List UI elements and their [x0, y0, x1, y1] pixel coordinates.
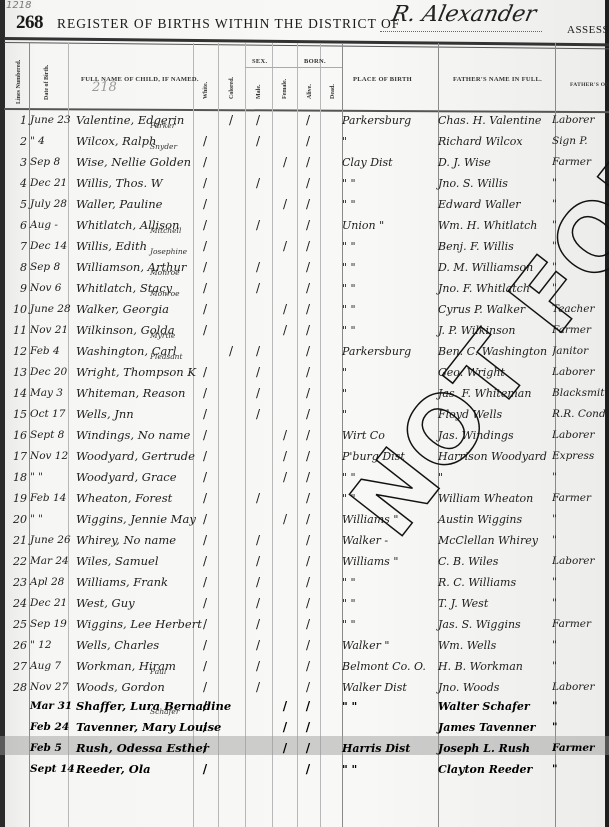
register-row: 7Dec 14Willis, EdithJosephine///" "Benj.…	[0, 236, 609, 257]
register-page: 1218 268 REGISTER OF BIRTHS WITHIN THE D…	[0, 0, 609, 827]
colored-tally-mark	[225, 656, 237, 677]
child-name: Whiteman, Reason	[76, 383, 192, 404]
dead-tally-mark	[325, 257, 337, 278]
white-tally-mark: /	[199, 383, 211, 404]
white-tally-mark: /	[199, 425, 211, 446]
male-tally-mark	[252, 696, 264, 717]
fathers-name: Cyrus P. Walker	[438, 299, 550, 320]
dead-tally-mark	[325, 404, 337, 425]
female-tally-mark	[279, 110, 291, 131]
line-number: 21	[13, 530, 27, 551]
place-of-birth: " "	[342, 759, 436, 780]
white-tally-mark: /	[199, 404, 211, 425]
fathers-name: C. B. Wiles	[438, 551, 550, 572]
register-row: 17Nov 12Woodyard, Gertrude///P'burg Dist…	[0, 446, 609, 467]
dead-tally-mark	[325, 110, 337, 131]
birth-date: Dec 21	[30, 173, 74, 194]
line-number: 27	[13, 656, 27, 677]
child-name-annotation: Schafer	[150, 707, 179, 716]
dead-tally-mark	[325, 425, 337, 446]
place-of-birth: "	[342, 404, 436, 425]
colored-tally-mark	[225, 488, 237, 509]
fathers-name: Joseph L. Rush	[438, 738, 550, 759]
birth-date: Feb 14	[30, 488, 74, 509]
colored-tally-mark	[225, 696, 237, 717]
line-number: 1	[13, 110, 27, 131]
birth-date: " "	[30, 467, 74, 488]
fathers-name: T. J. West	[438, 593, 550, 614]
male-tally-mark: /	[252, 215, 264, 236]
female-tally-mark	[279, 593, 291, 614]
female-tally-mark: /	[279, 320, 291, 341]
fathers-occupation: Blacksmith	[552, 383, 608, 404]
fathers-occupation: "	[552, 656, 608, 677]
fathers-occupation: "	[552, 572, 608, 593]
place-of-birth: "	[342, 383, 436, 404]
colored-tally-mark	[225, 320, 237, 341]
register-row: 19Feb 14Wheaton, Forest///" "William Whe…	[0, 488, 609, 509]
place-of-birth: " "	[342, 236, 436, 257]
child-name-annotation: Snyder	[150, 142, 177, 151]
child-name-annotation: Pleasant	[150, 352, 183, 361]
fathers-occupation: Laborer	[552, 362, 608, 383]
alive-tally-mark: /	[302, 530, 314, 551]
dead-tally-mark	[325, 488, 337, 509]
colored-tally-mark	[225, 509, 237, 530]
female-tally-mark	[279, 257, 291, 278]
child-name: Wise, Nellie Golden	[76, 152, 192, 173]
line-number: 12	[13, 341, 27, 362]
alive-tally-mark: /	[302, 572, 314, 593]
male-tally-mark: /	[252, 656, 264, 677]
alive-tally-mark: /	[302, 677, 314, 698]
register-row: 1June 23Valentine, EdgerinParker///Parke…	[0, 110, 609, 131]
fathers-name: Wm. H. Whitlatch	[438, 215, 550, 236]
colored-tally-mark	[225, 383, 237, 404]
dead-tally-mark	[325, 362, 337, 383]
line-number: 26	[13, 635, 27, 656]
place-of-birth: " "	[342, 467, 436, 488]
female-tally-mark: /	[279, 425, 291, 446]
alive-tally-mark: /	[302, 173, 314, 194]
register-row: 12Feb 4Washington, CarlPleasant///Parker…	[0, 341, 609, 362]
fathers-name: Wm. Wells	[438, 635, 550, 656]
place-of-birth: Williams "	[342, 509, 436, 530]
fathers-occupation: Laborer	[552, 425, 608, 446]
child-name: Workman, Hiram	[76, 656, 192, 677]
alive-tally-mark: /	[302, 614, 314, 635]
fathers-name: D. J. Wise	[438, 152, 550, 173]
register-row: 16Sept 8Windings, No name///Wirt CoJas. …	[0, 425, 609, 446]
fathers-occupation: Laborer	[552, 677, 608, 698]
birth-date: Feb 24	[30, 717, 74, 738]
place-of-birth: " "	[342, 173, 436, 194]
white-tally-mark: /	[199, 320, 211, 341]
female-tally-mark: /	[279, 194, 291, 215]
line-number	[13, 738, 27, 759]
dead-tally-mark	[325, 341, 337, 362]
fathers-occupation: Express	[552, 446, 608, 467]
fathers-name: Geo. Wright	[438, 362, 550, 383]
fathers-name: Jno. Woods	[438, 677, 550, 698]
birth-date: June 28	[30, 299, 74, 320]
dead-tally-mark	[325, 635, 337, 656]
fathers-occupation: Laborer	[552, 551, 608, 572]
male-tally-mark	[252, 509, 264, 530]
white-tally-mark: /	[199, 215, 211, 236]
birth-date: Dec 21	[30, 593, 74, 614]
child-name: Wheaton, Forest	[76, 488, 192, 509]
fathers-name: James Tavenner	[438, 717, 550, 738]
birth-date: Feb 5	[30, 738, 74, 759]
child-name: Tavenner, Mary Louise	[76, 717, 192, 738]
register-row: 21June 26Whirey, No name///Walker -McCle…	[0, 530, 609, 551]
male-tally-mark	[252, 236, 264, 257]
line-number: 25	[13, 614, 27, 635]
header-dead: Dead.	[330, 84, 336, 99]
header-white: White.	[203, 82, 209, 99]
alive-tally-mark: /	[302, 236, 314, 257]
register-row: 6Aug -Whitlatch, AllisonMitchell///Union…	[0, 215, 609, 236]
pencil-annotation: 218	[92, 80, 117, 95]
place-of-birth: " "	[342, 257, 436, 278]
child-name: West, Guy	[76, 593, 192, 614]
register-row: 4Dec 21Willis, Thos. W///" "Jno. S. Will…	[0, 173, 609, 194]
place-of-birth: " "	[342, 320, 436, 341]
female-tally-mark	[279, 551, 291, 572]
white-tally-mark: /	[199, 152, 211, 173]
male-tally-mark: /	[252, 551, 264, 572]
dead-tally-mark	[325, 677, 337, 698]
fathers-name: Richard Wilcox	[438, 131, 550, 152]
dead-tally-mark	[325, 738, 337, 759]
header-colored: Colored.	[229, 77, 235, 99]
place-of-birth: "	[342, 362, 436, 383]
child-name: Waller, Pauline	[76, 194, 192, 215]
colored-tally-mark	[225, 614, 237, 635]
birth-date: Feb 4	[30, 341, 74, 362]
alive-tally-mark: /	[302, 717, 314, 738]
male-tally-mark: /	[252, 530, 264, 551]
place-of-birth: " "	[342, 614, 436, 635]
place-of-birth: Parkersburg	[342, 341, 436, 362]
child-name: Williams, Frank	[76, 572, 192, 593]
female-tally-mark	[279, 131, 291, 152]
line-number: 17	[13, 446, 27, 467]
district-name: R. Alexander	[389, 2, 538, 27]
colored-tally-mark	[225, 362, 237, 383]
fathers-name: Jas. Windings	[438, 425, 550, 446]
colored-tally-mark	[225, 404, 237, 425]
white-tally-mark	[199, 110, 211, 131]
child-name-annotation: Monroe	[150, 268, 180, 277]
line-number: 15	[13, 404, 27, 425]
birth-date: Sept 14	[30, 759, 74, 780]
alive-tally-mark: /	[302, 383, 314, 404]
white-tally-mark: /	[199, 677, 211, 698]
header-born: BORN.	[304, 58, 326, 65]
register-row: 11Nov 21Wilkinson, GoldaMyrtle///" "J. P…	[0, 320, 609, 341]
alive-tally-mark: /	[302, 320, 314, 341]
male-tally-mark: /	[252, 593, 264, 614]
female-tally-mark	[279, 656, 291, 677]
birth-date: Aug 7	[30, 656, 74, 677]
dead-tally-mark	[325, 759, 337, 780]
line-number: 19	[13, 488, 27, 509]
alive-tally-mark: /	[302, 194, 314, 215]
register-row: Sept 14Reeder, Ola//" "Clayton Reeder"	[0, 759, 609, 780]
dead-tally-mark	[325, 383, 337, 404]
child-name: Wiggins, Lee Herbert	[76, 614, 192, 635]
male-tally-mark: /	[252, 677, 264, 698]
male-tally-mark	[252, 425, 264, 446]
fathers-occupation: Janitor	[552, 341, 608, 362]
line-number: 23	[13, 572, 27, 593]
place-of-birth: " "	[342, 194, 436, 215]
white-tally-mark: /	[199, 488, 211, 509]
fathers-name: Clayton Reeder	[438, 759, 550, 780]
alive-tally-mark: /	[302, 551, 314, 572]
female-tally-mark: /	[279, 509, 291, 530]
child-name: Wiggins, Jennie May	[76, 509, 192, 530]
white-tally-mark: /	[199, 717, 211, 738]
alive-tally-mark: /	[302, 656, 314, 677]
male-tally-mark	[252, 194, 264, 215]
child-name: Rush, Odessa Esther	[76, 738, 192, 759]
dead-tally-mark	[325, 572, 337, 593]
place-of-birth: Belmont Co. O.	[342, 656, 436, 677]
line-number: 3	[13, 152, 27, 173]
fathers-name: Jno. S. Willis	[438, 173, 550, 194]
line-number	[13, 717, 27, 738]
colored-tally-mark	[225, 299, 237, 320]
fathers-name: "	[438, 467, 550, 488]
line-number: 28	[13, 677, 27, 698]
line-number: 18	[13, 467, 27, 488]
female-tally-mark	[279, 614, 291, 635]
fathers-name: Harrison Woodyard	[438, 446, 550, 467]
line-number	[13, 759, 27, 780]
alive-tally-mark: /	[302, 759, 314, 780]
dead-tally-mark	[325, 467, 337, 488]
header-alive: Alive.	[307, 84, 313, 99]
male-tally-mark	[252, 759, 264, 780]
colored-tally-mark	[225, 635, 237, 656]
line-number: 4	[13, 173, 27, 194]
place-of-birth: " "	[342, 278, 436, 299]
white-tally-mark: /	[199, 299, 211, 320]
child-name: Wells, Jnn	[76, 404, 192, 425]
child-name-annotation: Myrtle	[150, 331, 175, 340]
white-tally-mark: /	[199, 236, 211, 257]
fathers-name: Edward Waller	[438, 194, 550, 215]
header-fathers-occupation: FATHER'S OCCU	[570, 82, 609, 88]
alive-tally-mark: /	[302, 593, 314, 614]
child-name: Reeder, Ola	[76, 759, 192, 780]
alive-tally-mark: /	[302, 278, 314, 299]
colored-tally-mark	[225, 467, 237, 488]
fathers-name: D. M. Williamson	[438, 257, 550, 278]
fathers-name: William Wheaton	[438, 488, 550, 509]
fathers-occupation: "	[552, 759, 608, 780]
white-tally-mark: /	[199, 173, 211, 194]
male-tally-mark	[252, 467, 264, 488]
dead-tally-mark	[325, 173, 337, 194]
register-row: 23Apl 28Williams, Frank///" "R. C. Willi…	[0, 572, 609, 593]
district-underline	[380, 31, 542, 32]
colored-tally-mark	[225, 759, 237, 780]
fathers-occupation: "	[552, 696, 608, 717]
fathers-occupation: Farmer	[552, 152, 608, 173]
register-row: 13Dec 20Wright, Thompson K///"Geo. Wrigh…	[0, 362, 609, 383]
child-name: Woods, Gordon	[76, 677, 192, 698]
header-date-of-birth: Date of Birth.	[44, 65, 50, 100]
female-tally-mark	[279, 635, 291, 656]
white-tally-mark: /	[199, 257, 211, 278]
group-header-divider	[245, 67, 342, 68]
female-tally-mark	[279, 341, 291, 362]
header-male: Male.	[256, 85, 262, 100]
register-row: 20" "Wiggins, Jennie May///Williams "Aus…	[0, 509, 609, 530]
male-tally-mark: /	[252, 110, 264, 131]
male-tally-mark: /	[252, 404, 264, 425]
assessor-label: ASSESSOR	[567, 24, 609, 36]
fathers-occupation: Farmer	[552, 738, 608, 759]
place-of-birth: Harris Dist	[342, 738, 436, 759]
place-of-birth: " "	[342, 488, 436, 509]
line-number: 22	[13, 551, 27, 572]
male-tally-mark: /	[252, 572, 264, 593]
female-tally-mark: /	[279, 236, 291, 257]
fathers-occupation: "	[552, 257, 608, 278]
line-number: 7	[13, 236, 27, 257]
colored-tally-mark	[225, 572, 237, 593]
child-name-annotation: Monroe	[150, 289, 180, 298]
alive-tally-mark: /	[302, 131, 314, 152]
birth-date: Oct 17	[30, 404, 74, 425]
child-name: Woodyard, Grace	[76, 467, 192, 488]
fathers-occupation: "	[552, 593, 608, 614]
colored-tally-mark	[225, 425, 237, 446]
fathers-name: Austin Wiggins	[438, 509, 550, 530]
white-tally-mark: /	[199, 614, 211, 635]
dead-tally-mark	[325, 152, 337, 173]
colored-tally-mark	[225, 738, 237, 759]
fathers-occupation: "	[552, 635, 608, 656]
fathers-name: Jas. F. Whiteman	[438, 383, 550, 404]
alive-tally-mark: /	[302, 509, 314, 530]
fathers-occupation: Sign P.	[552, 131, 608, 152]
register-row: 3Sep 8Wise, Nellie Golden///Clay DistD. …	[0, 152, 609, 173]
colored-tally-mark	[225, 530, 237, 551]
alive-tally-mark: /	[302, 299, 314, 320]
birth-date: " 12	[30, 635, 74, 656]
fathers-occupation: Teacher	[552, 299, 608, 320]
fathers-occupation: Farmer	[552, 320, 608, 341]
male-tally-mark: /	[252, 488, 264, 509]
white-tally-mark: /	[199, 593, 211, 614]
female-tally-mark	[279, 278, 291, 299]
register-row: 26" 12Wells, Charles///Walker "Wm. Wells…	[0, 635, 609, 656]
register-row: 8Sep 8Williamson, ArthurMonroe///" "D. M…	[0, 257, 609, 278]
colored-tally-mark	[225, 446, 237, 467]
header-place-of-birth: PLACE OF BIRTH	[353, 76, 412, 83]
colored-tally-mark: /	[225, 341, 237, 362]
alive-tally-mark: /	[302, 341, 314, 362]
register-row: Mar 31Shaffer, Lura BernadineSchafer///"…	[0, 696, 609, 717]
alive-tally-mark: /	[302, 257, 314, 278]
female-tally-mark	[279, 677, 291, 698]
register-row: 25Sep 19Wiggins, Lee Herbert///" "Jas. S…	[0, 614, 609, 635]
white-tally-mark: /	[199, 509, 211, 530]
fathers-name: H. B. Workman	[438, 656, 550, 677]
fathers-occupation: R.R. Cond.	[552, 404, 608, 425]
dead-tally-mark	[325, 696, 337, 717]
fathers-occupation: Farmer	[552, 488, 608, 509]
child-name-annotation: Paul	[150, 667, 166, 676]
fathers-name: Floyd Wells	[438, 404, 550, 425]
male-tally-mark: /	[252, 635, 264, 656]
male-tally-mark: /	[252, 341, 264, 362]
line-number: 24	[13, 593, 27, 614]
dead-tally-mark	[325, 236, 337, 257]
dead-tally-mark	[325, 194, 337, 215]
register-row: 14May 3Whiteman, Reason///"Jas. F. White…	[0, 383, 609, 404]
dead-tally-mark	[325, 131, 337, 152]
fathers-name: R. C. Williams	[438, 572, 550, 593]
female-tally-mark: /	[279, 152, 291, 173]
alive-tally-mark: /	[302, 215, 314, 236]
birth-date: Mar 31	[30, 696, 74, 717]
page-number: 268	[16, 12, 43, 34]
colored-tally-mark	[225, 173, 237, 194]
white-tally-mark: /	[199, 635, 211, 656]
birth-date: Sept 8	[30, 425, 74, 446]
place-of-birth: Williams "	[342, 551, 436, 572]
alive-tally-mark: /	[302, 696, 314, 717]
birth-date: " "	[30, 509, 74, 530]
register-row: 24Dec 21West, Guy///" "T. J. West"	[0, 593, 609, 614]
fathers-occupation: "	[552, 530, 608, 551]
fathers-name: Walter Schafer	[438, 696, 550, 717]
white-tally-mark: /	[199, 530, 211, 551]
register-row: 18" "Woodyard, Grace///" """	[0, 467, 609, 488]
fathers-occupation: "	[552, 717, 608, 738]
fathers-name: Jno. F. Whitlatch	[438, 278, 550, 299]
alive-tally-mark: /	[302, 467, 314, 488]
dead-tally-mark	[325, 717, 337, 738]
dead-tally-mark	[325, 656, 337, 677]
birth-date: June 26	[30, 530, 74, 551]
birth-date: " 4	[30, 131, 74, 152]
line-number: 13	[13, 362, 27, 383]
register-row: 15Oct 17Wells, Jnn///"Floyd WellsR.R. Co…	[0, 404, 609, 425]
colored-tally-mark	[225, 194, 237, 215]
female-tally-mark	[279, 383, 291, 404]
alive-tally-mark: /	[302, 152, 314, 173]
male-tally-mark: /	[252, 383, 264, 404]
register-row: 2" 4Wilcox, RalphSnyder///"Richard Wilco…	[0, 131, 609, 152]
alive-tally-mark: /	[302, 425, 314, 446]
white-tally-mark: /	[199, 467, 211, 488]
female-tally-mark: /	[279, 717, 291, 738]
register-row: 28Nov 27Woods, Gordon///Walker DistJno. …	[0, 677, 609, 698]
male-tally-mark	[252, 152, 264, 173]
child-name: Walker, Georgia	[76, 299, 192, 320]
fathers-name: Jas. S. Wiggins	[438, 614, 550, 635]
register-row: 5July 28Waller, Pauline///" "Edward Wall…	[0, 194, 609, 215]
white-tally-mark: /	[199, 131, 211, 152]
